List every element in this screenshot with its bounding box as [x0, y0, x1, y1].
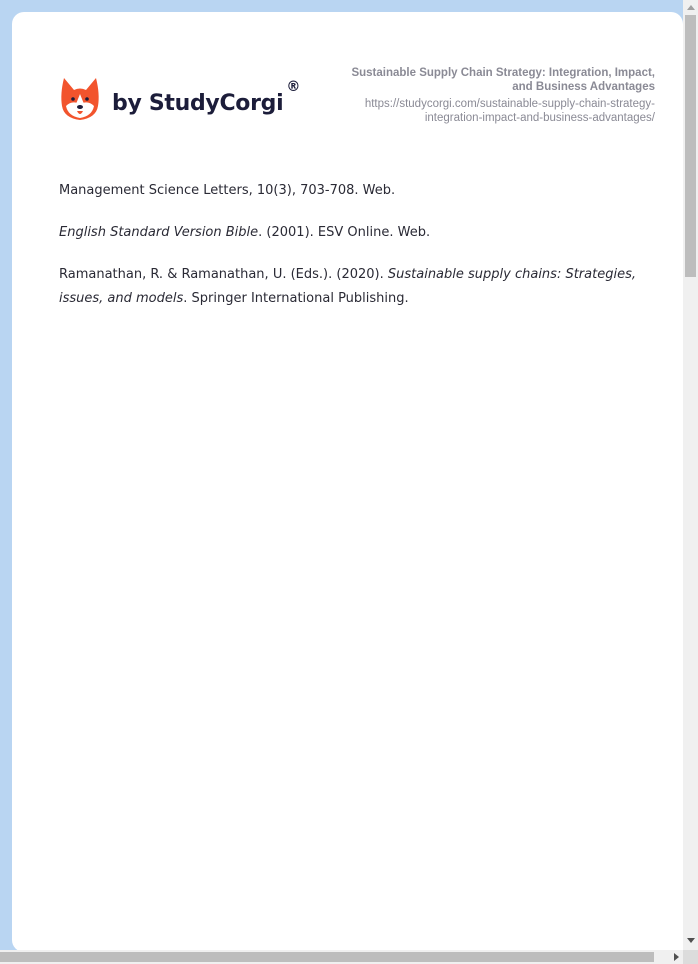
scroll-up-arrow-icon[interactable]	[687, 5, 695, 10]
document-url[interactable]: https://studycorgi.com/sustainable-suppl…	[310, 97, 655, 125]
studycorgi-logo[interactable]: by StudyCorgi ®	[60, 76, 300, 122]
scroll-right-arrow-icon[interactable]	[674, 953, 679, 961]
scroll-down-arrow-icon[interactable]	[687, 938, 695, 943]
document-page: by StudyCorgi ® Sustainable Supply Chain…	[12, 12, 683, 952]
reference-list: Management Science Letters, 10(3), 703-7…	[59, 179, 639, 329]
reference-text: . (2001). ESV Online. Web.	[258, 225, 430, 240]
reference-text: . Springer International Publishing.	[183, 291, 408, 306]
document-title-line: Sustainable Supply Chain Strategy: Integ…	[310, 66, 655, 80]
reference-title: English Standard Version Bible	[59, 225, 258, 240]
reference-entry: Ramanathan, R. & Ramanathan, U. (Eds.). …	[59, 263, 639, 311]
corgi-icon	[60, 76, 100, 122]
document-title-line: and Business Advantages	[310, 80, 655, 94]
document-meta: Sustainable Supply Chain Strategy: Integ…	[310, 66, 655, 125]
reference-entry: English Standard Version Bible. (2001). …	[59, 221, 639, 245]
document-url-line: integration-impact-and-business-advantag…	[310, 111, 655, 125]
brand-name: by StudyCorgi	[112, 91, 283, 116]
horizontal-scrollbar[interactable]	[0, 950, 683, 964]
registered-mark: ®	[286, 79, 300, 95]
document-url-line: https://studycorgi.com/sustainable-suppl…	[310, 97, 655, 111]
vertical-scrollbar[interactable]	[683, 0, 698, 950]
vertical-scroll-thumb[interactable]	[685, 15, 696, 277]
reference-text: Management Science Letters, 10(3), 703-7…	[59, 183, 395, 198]
horizontal-scroll-thumb[interactable]	[0, 952, 654, 962]
scrollbar-corner	[683, 950, 698, 964]
reference-entry: Management Science Letters, 10(3), 703-7…	[59, 179, 639, 203]
reference-text: Ramanathan, R. & Ramanathan, U. (Eds.). …	[59, 267, 388, 282]
document-title: Sustainable Supply Chain Strategy: Integ…	[310, 66, 655, 94]
